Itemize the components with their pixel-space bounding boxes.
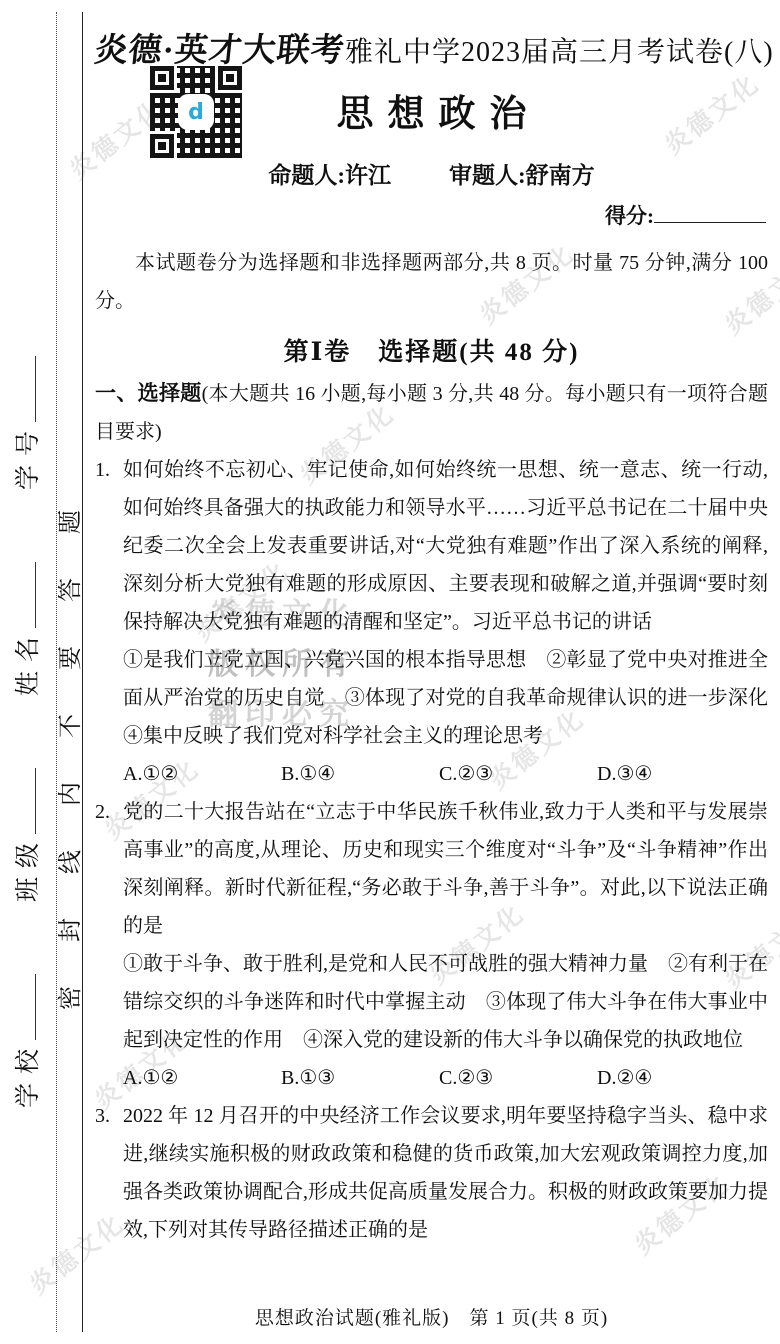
field-school: 学校: [5, 974, 53, 1108]
instruction-head: 一、选择题: [95, 381, 202, 405]
field-student-no-label: 学号: [15, 422, 42, 490]
field-school-blank: [10, 974, 36, 1040]
option-d: D.②④: [597, 1059, 652, 1097]
option-c: C.②③: [439, 1059, 597, 1097]
seal-notice-text: 密封线内不要答题: [55, 450, 87, 1010]
field-student-no: 学号: [5, 356, 53, 490]
reviewer: 审题人:舒南方: [449, 157, 595, 190]
section-title: 第Ⅰ卷 选择题(共 48 分): [95, 332, 768, 368]
exam-name-title: 雅礼中学2023届高三月考试卷(八): [345, 37, 774, 68]
option-c: C.②③: [439, 755, 597, 793]
question-2: 2. 党的二十大报告站在“立志于中华民族千秋伟业,致力于人类和平与发展崇高事业”…: [95, 793, 768, 1097]
question-number: 2.: [95, 793, 110, 831]
field-class: 班级: [5, 768, 53, 902]
field-class-blank: [10, 768, 36, 834]
question-options: A.①② B.①③ C.②③ D.②④: [123, 1059, 768, 1097]
proposer: 命题人:许江: [268, 157, 391, 190]
question-stem: 如何始终不忘初心、牢记使命,如何始终统一思想、统一意志、统一行动,如何始终具备强…: [123, 451, 768, 641]
exam-series-title: 炎德·英才大联考: [93, 24, 348, 71]
main-content: 炎德·英才大联考雅礼中学2023届高三月考试卷(八) 思想政治 命题人:许江 审…: [95, 0, 768, 1249]
exam-intro: 本试题卷分为选择题和非选择题两部分,共 8 页。时量 75 分钟,满分 100 …: [95, 244, 768, 320]
question-number: 3.: [95, 1097, 110, 1135]
field-name-blank: [10, 562, 36, 628]
field-class-label: 班级: [15, 834, 42, 902]
question-statements: ①敢于斗争、敢于胜利,是党和人民不可战胜的强大精神力量 ②有利于在错综交织的斗争…: [123, 945, 768, 1059]
question-3: 3. 2022 年 12 月召开的中央经济工作会议要求,明年要坚持稳字当头、稳中…: [95, 1097, 768, 1249]
question-statements: ①是我们立党立国、兴党兴国的根本指导思想 ②彰显了党中央对推进全面从严治党的历史…: [123, 641, 768, 755]
score-blank: [654, 201, 766, 223]
score-line: 得分:: [95, 200, 768, 230]
exam-paper-page: 炎德文化 炎德文化 炎德文化 炎德文化 炎德文化 炎德文化 炎德文化 炎德文化 …: [0, 0, 780, 1344]
field-student-no-blank: [10, 356, 36, 422]
option-b: B.①④: [281, 755, 439, 793]
section-instruction: 一、选择题(本大题共 16 小题,每小题 3 分,共 48 分。每小题只有一项符…: [95, 374, 768, 451]
question-stem: 2022 年 12 月召开的中央经济工作会议要求,明年要坚持稳字当头、稳中求进,…: [123, 1097, 768, 1249]
question-1: 1. 如何始终不忘初心、牢记使命,如何始终统一思想、统一意志、统一行动,如何始终…: [95, 451, 768, 793]
field-name: 姓名: [5, 562, 53, 696]
page-footer: 思想政治试题(雅礼版) 第 1 页(共 8 页): [95, 1303, 768, 1330]
exam-header: 炎德·英才大联考雅礼中学2023届高三月考试卷(八): [95, 24, 768, 71]
field-school-label: 学校: [15, 1040, 42, 1108]
question-options: A.①② B.①④ C.②③ D.③④: [123, 755, 768, 793]
option-b: B.①③: [281, 1059, 439, 1097]
score-label: 得分:: [605, 204, 654, 228]
option-a: A.①②: [123, 755, 281, 793]
question-stem: 党的二十大报告站在“立志于中华民族千秋伟业,致力于人类和平与发展崇高事业”的高度…: [123, 793, 768, 945]
proposer-reviewer-line: 命题人:许江 审题人:舒南方: [95, 157, 768, 190]
option-d: D.③④: [597, 755, 652, 793]
question-number: 1.: [95, 451, 110, 489]
subject-title: 思想政治: [95, 83, 768, 137]
field-name-label: 姓名: [15, 628, 42, 696]
option-a: A.①②: [123, 1059, 281, 1097]
